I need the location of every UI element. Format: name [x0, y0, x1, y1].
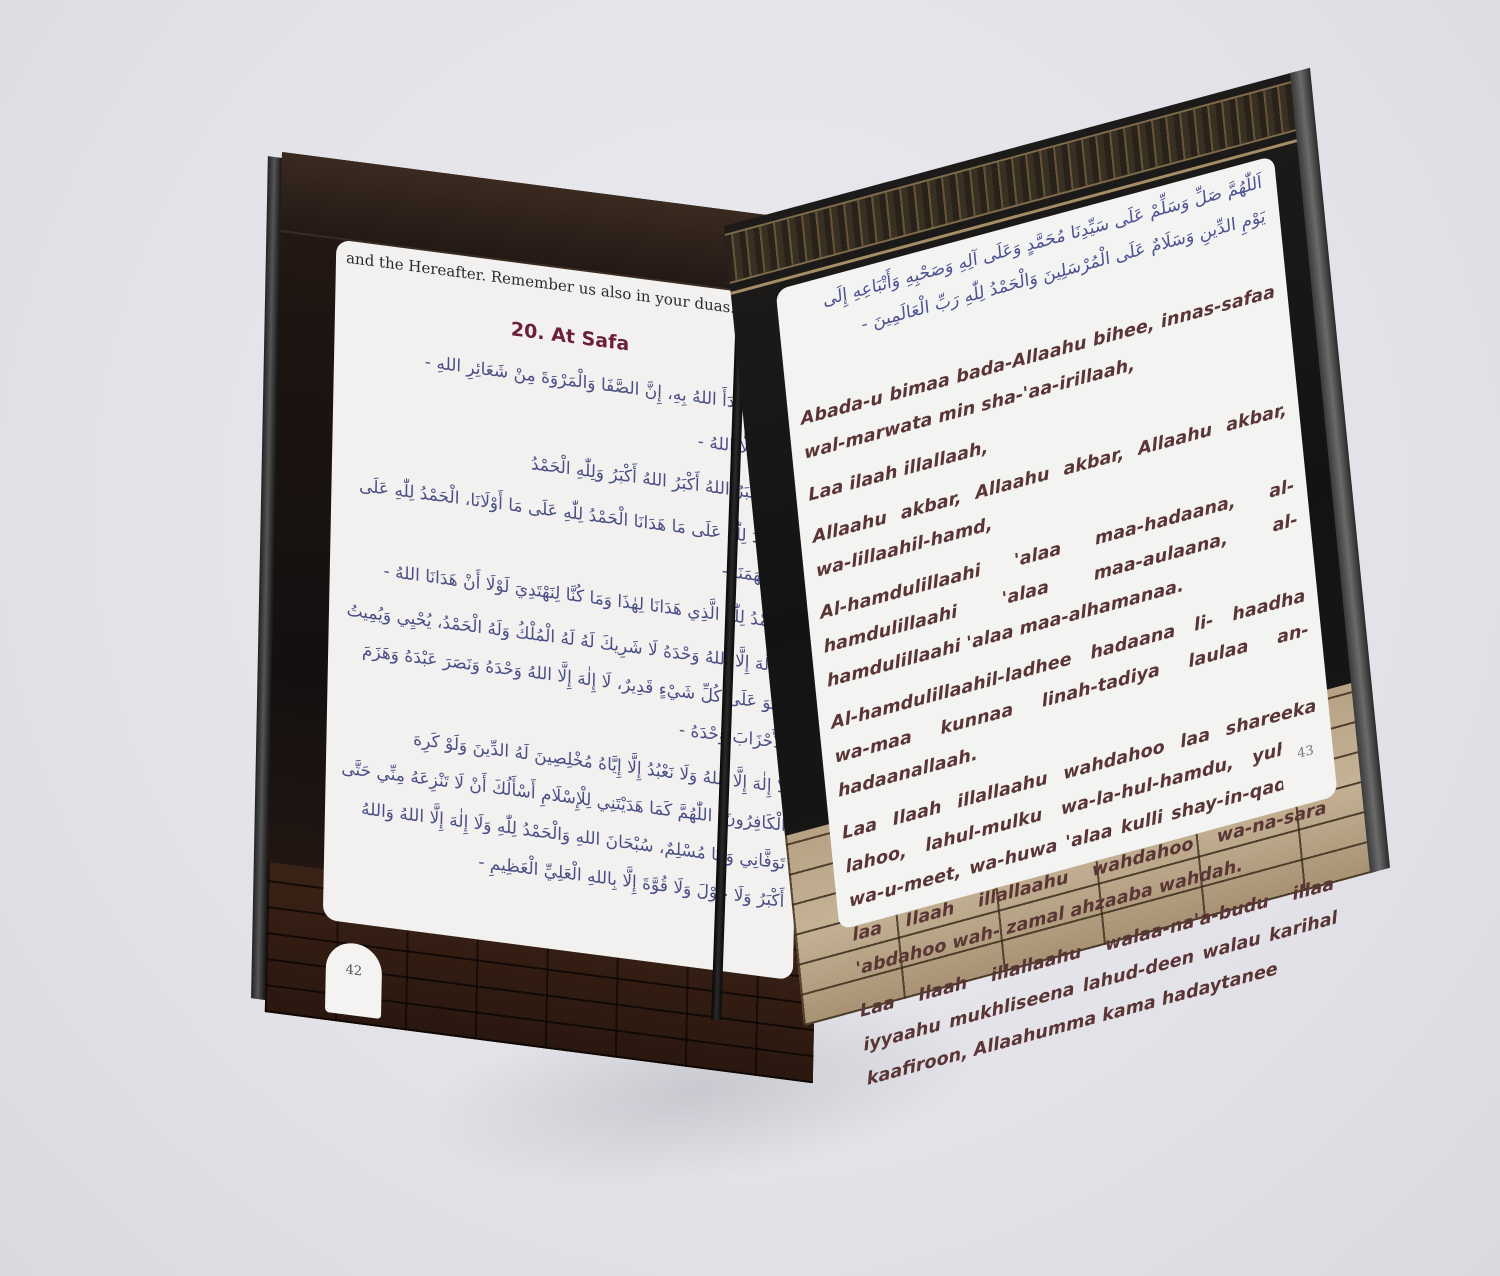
right-page: اَللّٰهُمَّ صَلِّ وَسَلِّمْ عَلَى سَيِّد… [724, 72, 1376, 1026]
right-text-panel: اَللّٰهُمَّ صَلِّ وَسَلِّمْ عَلَى سَيِّد… [776, 156, 1338, 930]
transliteration: Abada-u bimaa bada-Allaahu bihee, innas-… [799, 275, 1343, 1105]
